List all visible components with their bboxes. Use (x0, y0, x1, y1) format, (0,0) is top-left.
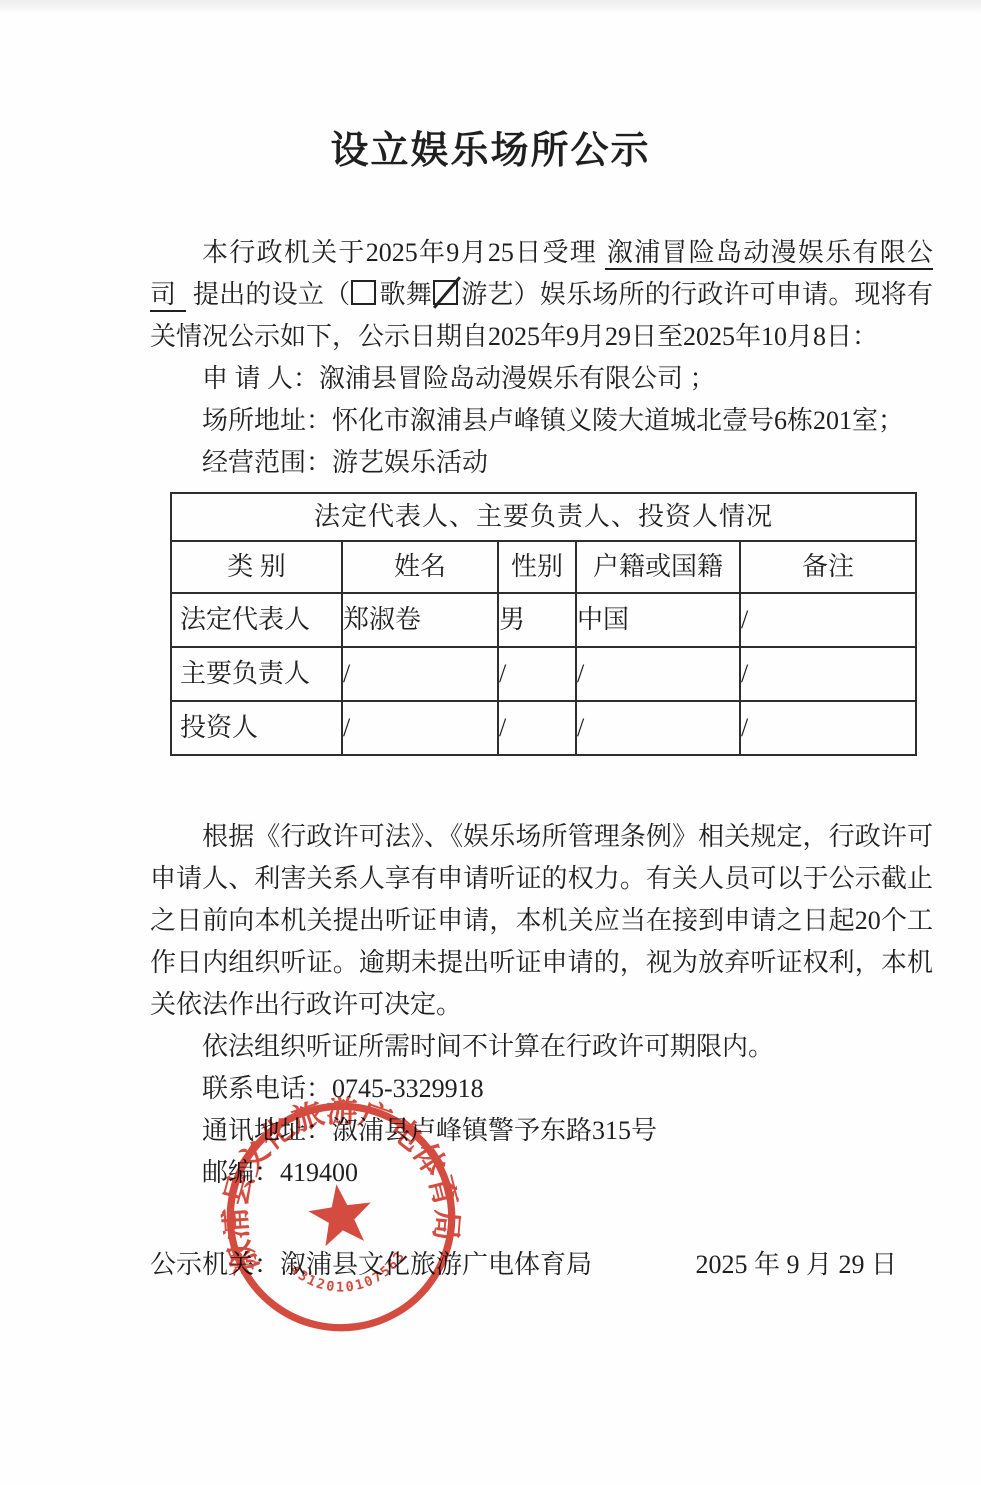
cell-name: / (342, 647, 498, 701)
col-header-remarks: 备注 (740, 541, 916, 593)
cell-category: 主要负责人 (171, 647, 342, 701)
contact-postcode-line: 邮编：419400 (150, 1152, 933, 1194)
cell-remarks: / (740, 701, 916, 755)
issue-date: 2025 年 9 月 29 日 (695, 1244, 897, 1286)
col-header-nationality: 户籍或国籍 (576, 541, 740, 593)
cell-remarks: / (740, 593, 916, 647)
contact-phone-line: 联系电话：0745-3329918 (150, 1068, 933, 1110)
cell-gender: / (498, 701, 576, 755)
intro-prefix: 本行政机关于2025年9月25日受理 (202, 238, 597, 267)
representatives-table: 法定代表人、主要负责人、投资人情况 类 别 姓名 性别 户籍或国籍 备注 法定代… (170, 492, 917, 756)
issuing-authority-line: 公示机关：溆浦县文化旅游广电体育局 (150, 1244, 592, 1286)
hearing-rights-paragraph: 根据《行政许可法》、《娱乐场所管理条例》相关规定，行政许可申请人、利害关系人享有… (150, 816, 933, 1026)
scanned-notice-document: 设立娱乐场所公示 本行政机关于2025年9月25日受理 溆浦冒险岛动漫娱乐有限公… (0, 0, 981, 1485)
cell-gender: / (498, 647, 576, 701)
cell-category: 投资人 (171, 701, 342, 755)
cell-category: 法定代表人 (171, 593, 342, 647)
intro-middle: 提出的设立（ (193, 280, 350, 309)
venue-address-line: 场所地址：怀化市溆浦县卢峰镇义陵大道城北壹号6栋201室； (150, 400, 933, 442)
cell-name: 郑淑卷 (342, 593, 498, 647)
cell-gender: 男 (498, 593, 576, 647)
col-header-gender: 性别 (498, 541, 576, 593)
table-header-row: 类 别 姓名 性别 户籍或国籍 备注 (171, 541, 916, 593)
footer-row: 公示机关：溆浦县文化旅游广电体育局 2025 年 9 月 29 日 (150, 1244, 933, 1286)
hearing-time-note: 依法组织听证所需时间不计算在行政许可期限内。 (150, 1026, 933, 1068)
cell-nationality: / (576, 701, 740, 755)
col-header-name: 姓名 (342, 541, 498, 593)
cell-name: / (342, 701, 498, 755)
gewu-checkbox-unchecked (351, 280, 376, 305)
table-row: 主要负责人 / / / / (171, 647, 916, 701)
table-title: 法定代表人、主要负责人、投资人情况 (171, 493, 916, 541)
cell-nationality: 中国 (576, 593, 740, 647)
intro-paragraph: 本行政机关于2025年9月25日受理 溆浦冒险岛动漫娱乐有限公司 提出的设立（歌… (150, 232, 933, 358)
business-scope-line: 经营范围：游艺娱乐活动 (150, 442, 933, 484)
youyi-checkbox-checked (433, 280, 458, 305)
cell-remarks: / (740, 647, 916, 701)
contact-address-line: 通讯地址：溆浦县卢峰镇警予东路315号 (150, 1110, 933, 1152)
table-row: 投资人 / / / / (171, 701, 916, 755)
gewu-option-label: 歌舞 (379, 280, 432, 309)
applicant-line: 申 请 人：溆浦县冒险岛动漫娱乐有限公司 ； (150, 358, 933, 400)
cell-nationality: / (576, 647, 740, 701)
youyi-option-label: 游艺 (461, 280, 514, 309)
page-title: 设立娱乐场所公示 (0, 122, 981, 180)
col-header-category: 类 别 (171, 541, 342, 593)
table-row: 法定代表人 郑淑卷 男 中国 / (171, 593, 916, 647)
document-body: 本行政机关于2025年9月25日受理 溆浦冒险岛动漫娱乐有限公司 提出的设立（歌… (0, 232, 981, 1286)
